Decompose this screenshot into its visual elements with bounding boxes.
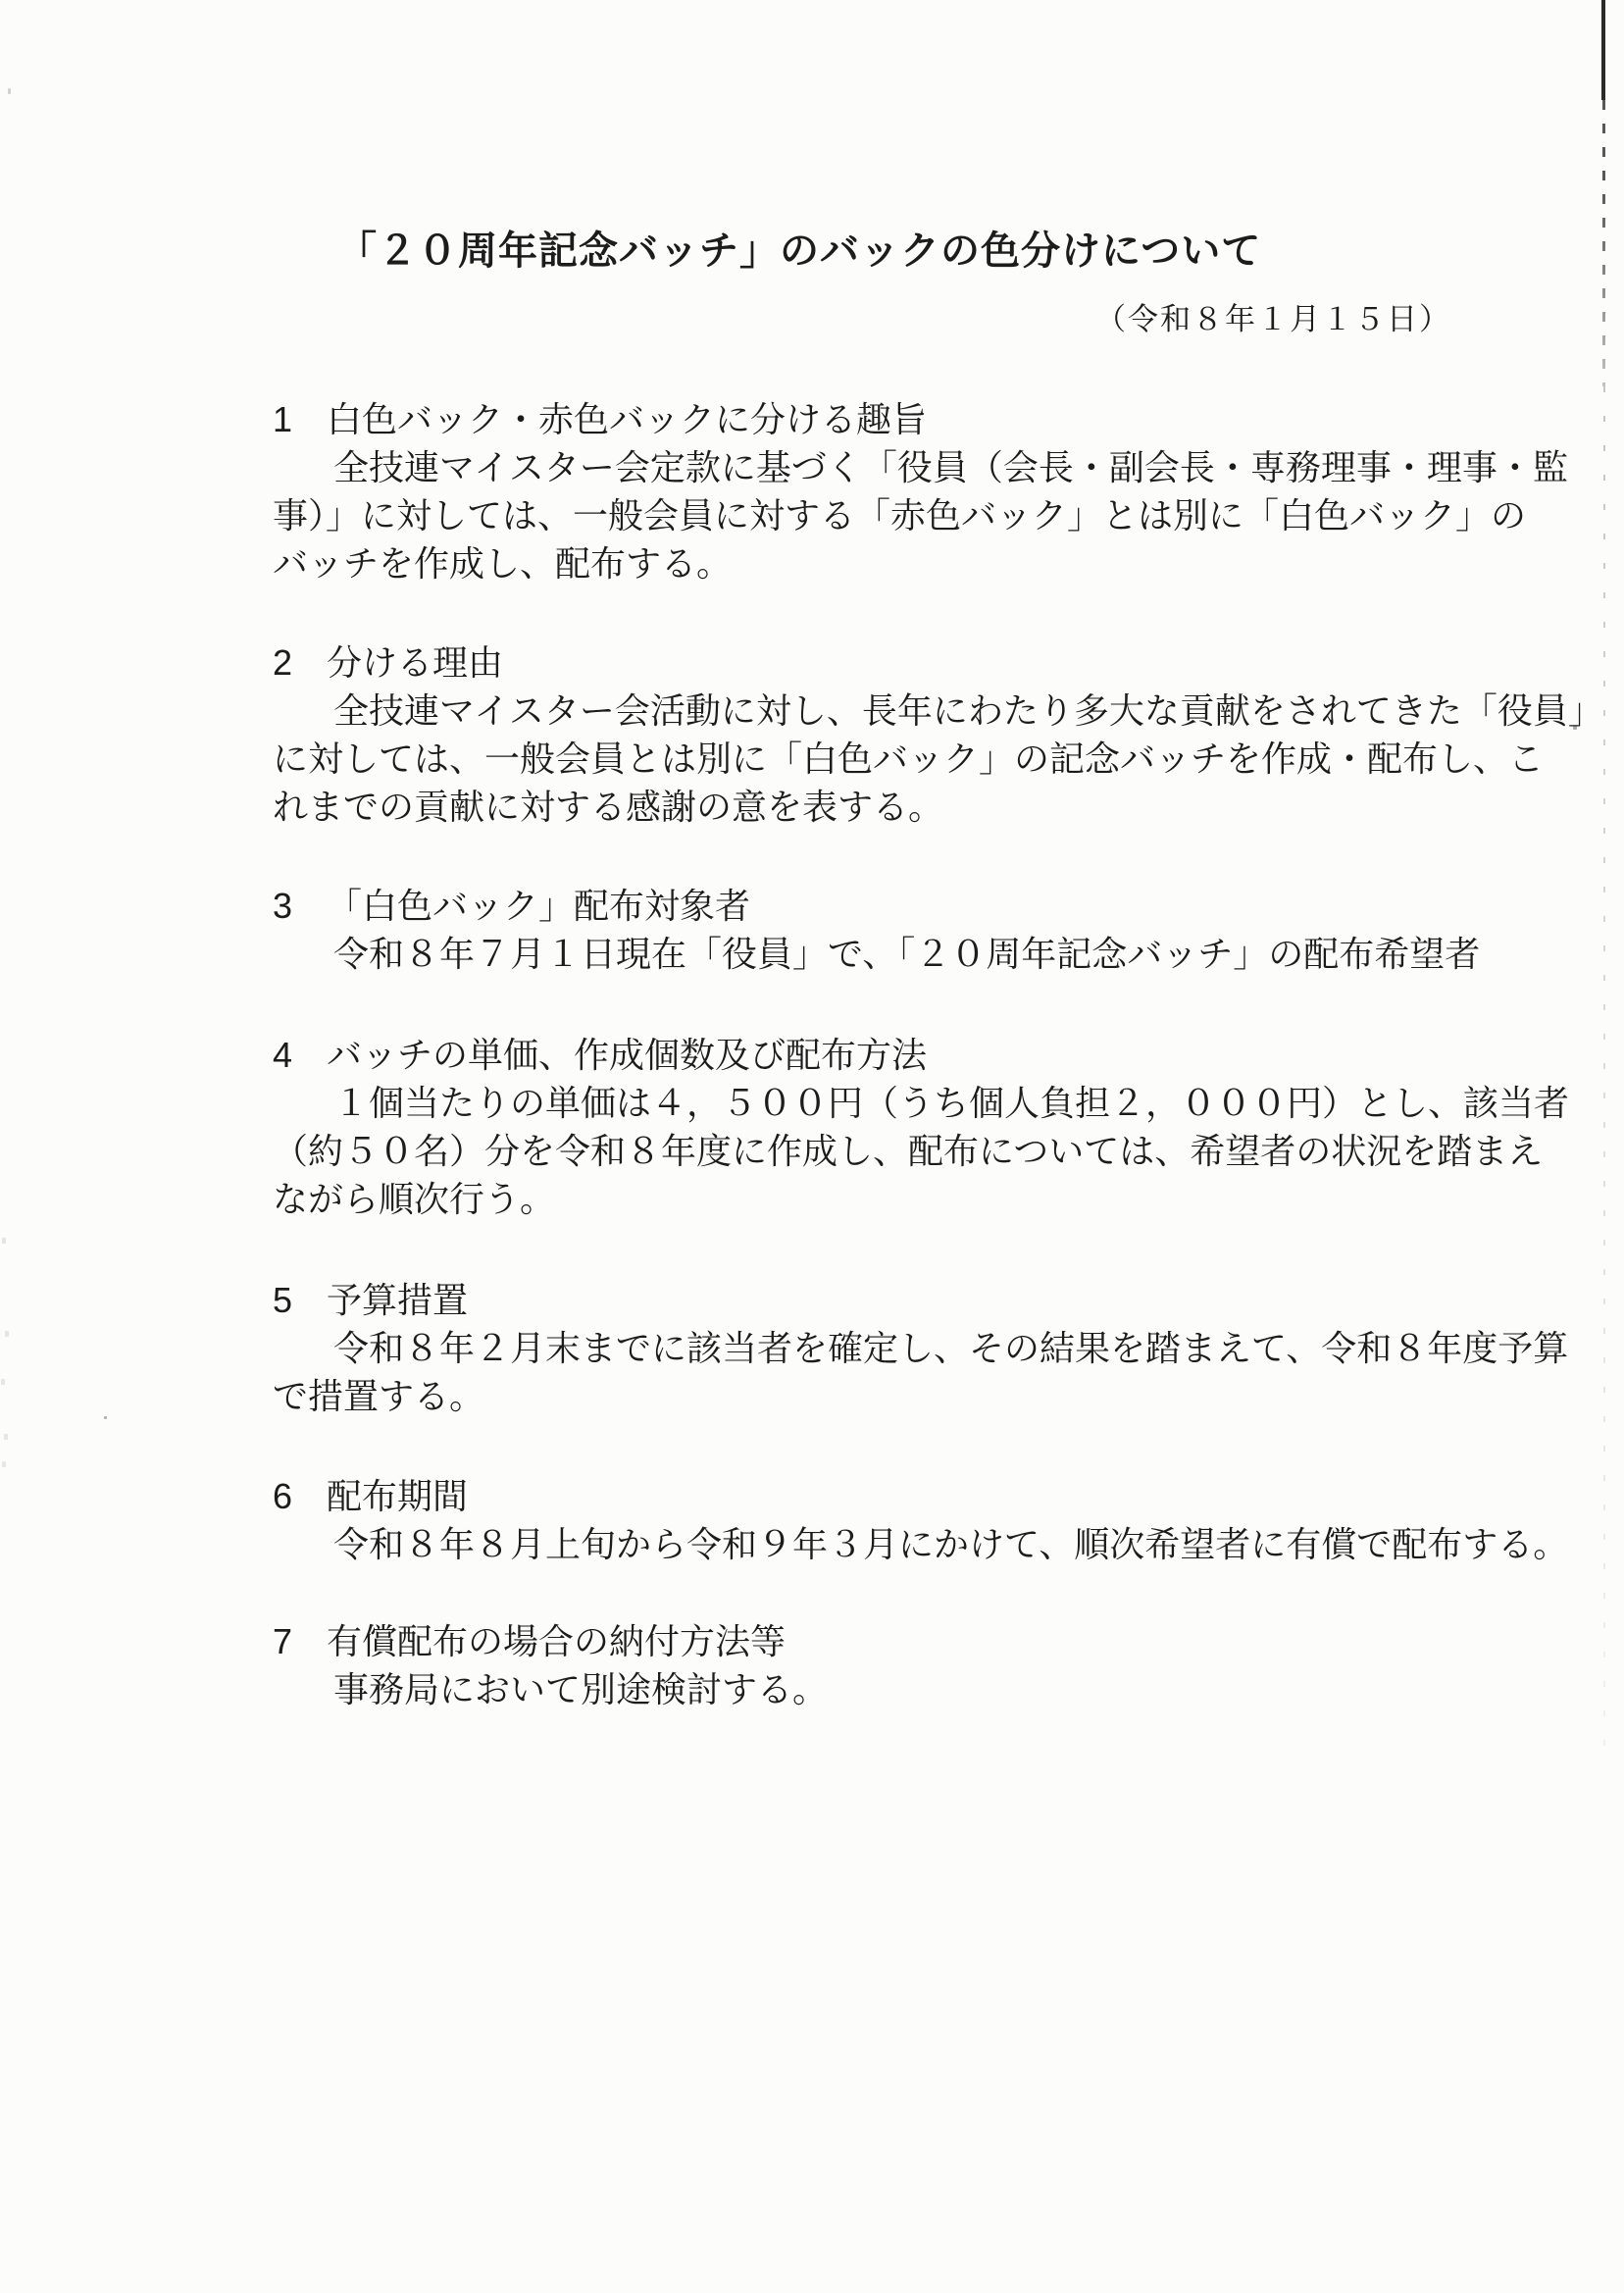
document-date: （令和８年１月１５日） <box>1095 294 1451 338</box>
section-6: 6 配布期間 令和８年８月上旬から令和９年３月にかけて、順次希望者に有償で配布す… <box>273 1472 1587 1568</box>
body-line: に対しては、一般会員とは別に「白色バック」の記念バッチを作成・配布し、こ <box>273 735 1587 783</box>
section-heading-row: 6 配布期間 <box>273 1472 1587 1520</box>
scan-speck <box>4 1434 8 1440</box>
body-line: （約５０名）分を令和８年度に作成し、配布については、希望者の状況を踏まえ <box>273 1127 1587 1175</box>
scan-speck <box>104 1416 107 1419</box>
body-line: バッチを作成し、配布する。 <box>273 539 1587 587</box>
section-heading-row: 5 予算措置 <box>273 1276 1587 1324</box>
scan-edge-line-faint <box>1603 386 1605 1759</box>
section-heading: 配布期間 <box>327 1472 468 1520</box>
section-7: 7 有償配布の場合の納付方法等 事務局において別途検討する。 <box>273 1617 1587 1713</box>
body-line: 令和８年２月末までに該当者を確定し、その結果を踏まえて、令和８年度予算 <box>273 1324 1587 1372</box>
body-line: ながら順次行う。 <box>273 1175 1587 1223</box>
section-number: 4 <box>273 1031 327 1079</box>
scan-edge-line-solid <box>1601 0 1605 100</box>
body-line: 全技連マイスター会定款に基づく「役員（会長・副会長・専務理事・理事・監 <box>273 443 1587 491</box>
scan-edge-line-dashed <box>1602 100 1605 386</box>
scan-speck <box>8 88 11 94</box>
body-line: 全技連マイスター会活動に対し、長年にわたり多大な貢献をされてきた「役員」 <box>273 687 1587 735</box>
section-heading-row: 2 分ける理由 <box>273 638 1587 687</box>
section-number: 2 <box>273 638 327 687</box>
body-line: で措置する。 <box>273 1372 1587 1420</box>
section-5: 5 予算措置 令和８年２月末までに該当者を確定し、その結果を踏まえて、令和８年度… <box>273 1276 1587 1420</box>
body-line: １個当たりの単価は４，５００円（うち個人負担２，０００円）とし、該当者 <box>273 1079 1587 1127</box>
section-heading-row: 4 バッチの単価、作成個数及び配布方法 <box>273 1031 1587 1079</box>
section-3: 3 「白色バック」配布対象者 令和８年７月１日現在「役員」で、「２０周年記念バッ… <box>273 882 1587 978</box>
section-heading-row: 3 「白色バック」配布対象者 <box>273 882 1587 930</box>
section-heading: 有償配布の場合の納付方法等 <box>327 1617 786 1665</box>
scanned-document-page: 「２０周年記念バッチ」のバックの色分けについて （令和８年１月１５日） 1 白色… <box>0 0 1624 2293</box>
section-4: 4 バッチの単価、作成個数及び配布方法 １個当たりの単価は４，５００円（うち個人… <box>273 1031 1587 1223</box>
body-line: 事務局において別途検討する。 <box>273 1665 1587 1713</box>
body-line: 令和８年７月１日現在「役員」で、「２０周年記念バッチ」の配布希望者 <box>273 930 1587 978</box>
section-heading: 分ける理由 <box>327 638 503 687</box>
document-title: 「２０周年記念バッチ」のバックの色分けについて <box>337 220 1261 276</box>
section-heading: 白色バック・赤色バックに分ける趣旨 <box>327 395 927 443</box>
section-2: 2 分ける理由 全技連マイスター会活動に対し、長年にわたり多大な貢献をされてきた… <box>273 638 1587 831</box>
body-line: れまでの貢献に対する感謝の意を表する。 <box>273 783 1587 831</box>
section-heading: 予算措置 <box>327 1276 468 1324</box>
scan-speck <box>1 1379 5 1385</box>
section-number: 6 <box>273 1472 327 1520</box>
section-1: 1 白色バック・赤色バックに分ける趣旨 全技連マイスター会定款に基づく「役員（会… <box>273 395 1587 587</box>
section-number: 3 <box>273 882 327 930</box>
section-number: 5 <box>273 1276 327 1324</box>
section-number: 7 <box>273 1617 327 1665</box>
body-line: 令和８年８月上旬から令和９年３月にかけて、順次希望者に有償で配布する。 <box>273 1520 1587 1568</box>
section-number: 1 <box>273 395 327 443</box>
section-heading: 「白色バック」配布対象者 <box>327 882 750 930</box>
body-line: 事）」に対しては、一般会員に対する「赤色バック」とは別に「白色バック」の <box>273 491 1587 539</box>
scan-speck <box>2 1238 6 1244</box>
scan-speck <box>2 1461 6 1467</box>
section-heading: バッチの単価、作成個数及び配布方法 <box>327 1031 927 1079</box>
section-heading-row: 7 有償配布の場合の納付方法等 <box>273 1617 1587 1665</box>
section-heading-row: 1 白色バック・赤色バックに分ける趣旨 <box>273 395 1587 443</box>
scan-speck <box>5 1331 9 1337</box>
